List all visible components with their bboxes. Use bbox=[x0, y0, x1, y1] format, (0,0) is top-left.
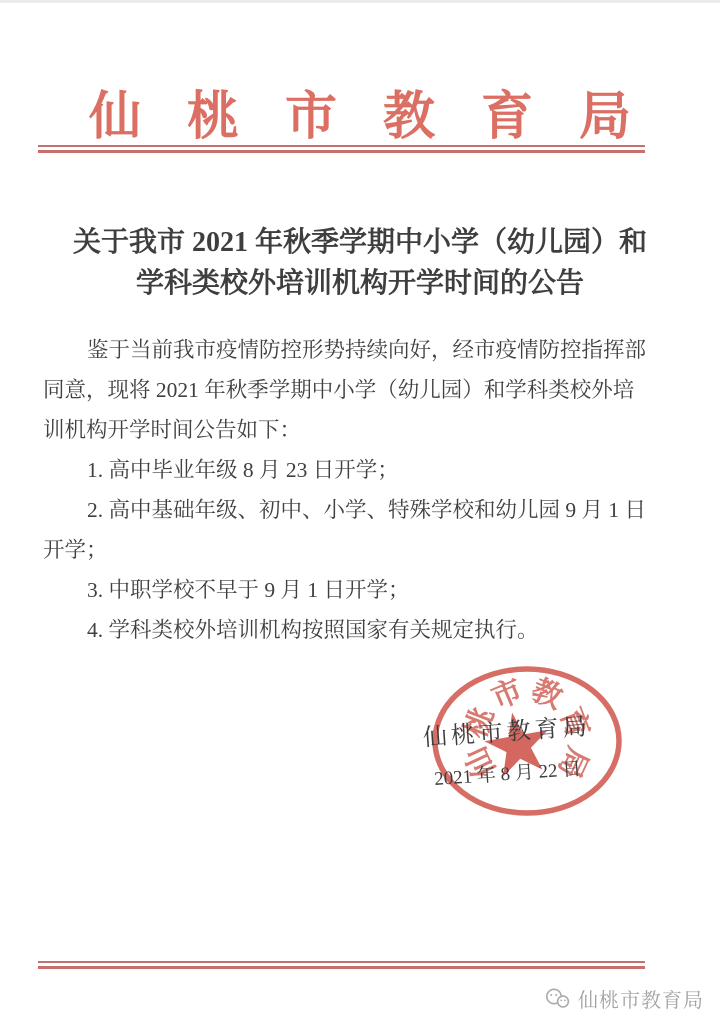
body-item-2: 2. 高中基础年级、初中、小学、特殊学校和幼儿园 9 月 1 日 bbox=[43, 490, 645, 530]
seal-arc-char-3: 市 bbox=[487, 673, 528, 715]
signature-block: 仙桃市教育局 2021 年 8 月 22 日 bbox=[406, 705, 607, 792]
letterhead-agency-name: 仙桃市教育局 bbox=[89, 74, 677, 149]
footer-divider-line bbox=[38, 961, 645, 969]
wechat-logo-icon bbox=[544, 987, 571, 1010]
watermark-text: 仙桃市教育局 bbox=[578, 984, 704, 1013]
page-top-edge bbox=[0, 0, 720, 3]
document-title: 关于我市 2021 年秋季学期中小学（幼儿园）和 学科类校外培训机构开学时间的公… bbox=[0, 222, 720, 304]
body-line-1: 鉴于当前我市疫情防控形势持续向好，经市疫情防控指挥部 bbox=[43, 330, 645, 370]
document-body: 鉴于当前我市疫情防控形势持续向好，经市疫情防控指挥部 同意，现将 2021 年秋… bbox=[43, 330, 645, 650]
body-item-4: 4. 学科类校外培训机构按照国家有关规定执行。 bbox=[43, 610, 645, 650]
letterhead: 仙桃市教育局 bbox=[0, 74, 720, 149]
announcement-page: 仙桃市教育局 关于我市 2021 年秋季学期中小学（幼儿园）和 学科类校外培训机… bbox=[0, 0, 720, 1021]
letterhead-divider-line bbox=[38, 145, 645, 153]
footer-watermark: 仙桃市教育局 bbox=[544, 984, 704, 1013]
body-item-3: 3. 中职学校不早于 9 月 1 日开学； bbox=[43, 570, 645, 610]
body-item-1: 1. 高中毕业年级 8 月 23 日开学； bbox=[43, 450, 645, 490]
body-item-2-wrap: 开学； bbox=[43, 530, 645, 570]
body-line-2: 同意，现将 2021 年秋季学期中小学（幼儿园）和学科类校外培 bbox=[43, 370, 645, 410]
body-line-3: 训机构开学时间公告如下： bbox=[43, 410, 645, 450]
document-title-line2: 学科类校外培训机构开学时间的公告 bbox=[0, 263, 720, 304]
document-title-line1: 关于我市 2021 年秋季学期中小学（幼儿园）和 bbox=[0, 222, 720, 263]
